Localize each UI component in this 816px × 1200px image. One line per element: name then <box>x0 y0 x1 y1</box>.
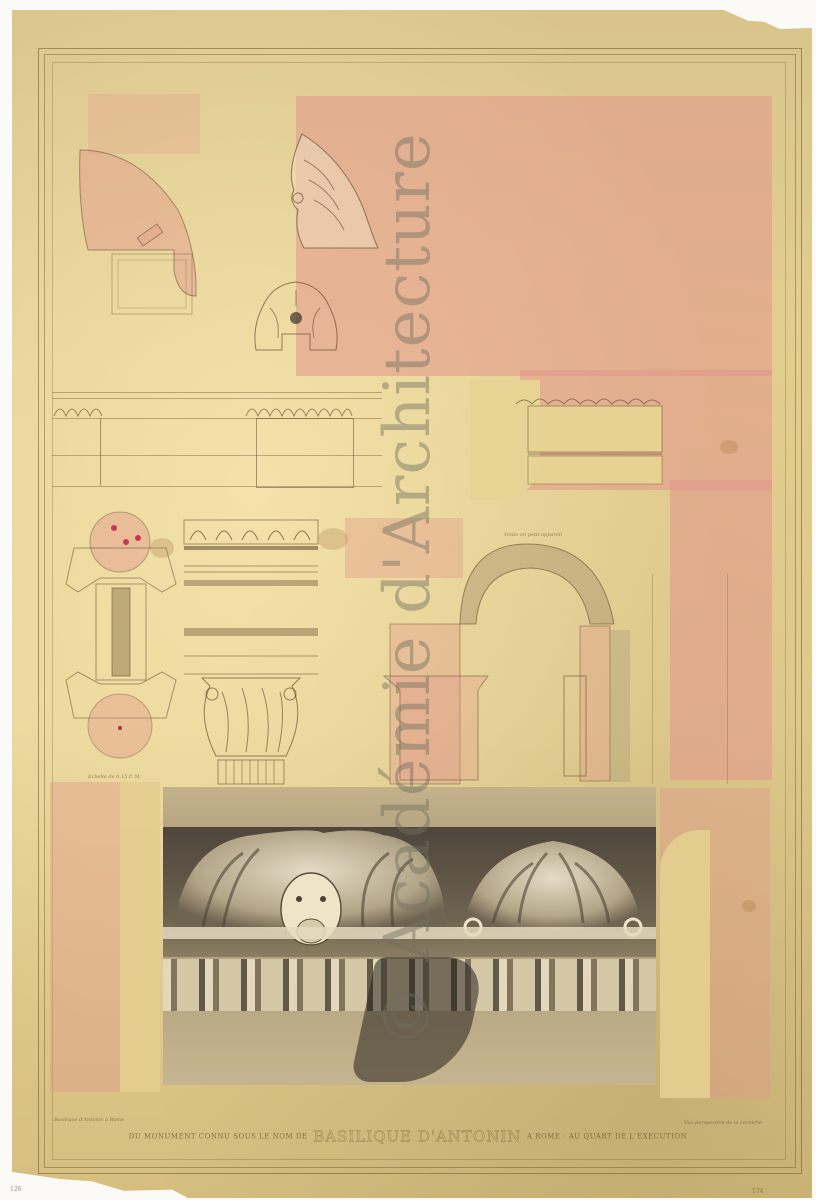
drawing-title: DU MONUMENT CONNU SOUS LE NOM DE BASILIQ… <box>0 1126 816 1146</box>
water-stain <box>318 528 348 550</box>
guide-line <box>100 418 102 486</box>
scale-note: Echelle de 0.15 P. M. <box>88 774 141 780</box>
title-suffix: A ROME · AU QUART DE L'EXECUTION <box>527 1133 687 1141</box>
water-stain <box>742 900 756 912</box>
wall-elevation-guides <box>652 574 728 784</box>
arch-elevation-drawing <box>380 540 630 785</box>
bottom-left-note: Basilique d'Antonin à Rome <box>54 1117 124 1123</box>
water-stain <box>150 538 174 558</box>
title-prefix: DU MONUMENT CONNU SOUS LE NOM DE <box>129 1133 308 1141</box>
arch-note: Voûte en petit appareil <box>504 532 562 538</box>
cornice-perspective-rendering <box>163 787 656 1085</box>
right-entablature-drawing <box>514 390 664 490</box>
cornice-profile-left <box>78 130 218 330</box>
entablature-line <box>52 392 382 393</box>
corner-number-right: 174 <box>752 1188 763 1195</box>
corner-number-left: 126 <box>10 1186 21 1193</box>
dentil-ornament-right <box>244 398 354 418</box>
lion-head-front-drawing <box>250 278 342 354</box>
left-pilaster-paper <box>120 782 160 1092</box>
right-pilaster-paper <box>660 830 710 1098</box>
frieze-block <box>256 418 354 488</box>
lion-head-profile-drawing <box>284 130 394 260</box>
dentil-ornament-left <box>52 398 112 418</box>
frieze-and-capital-drawing <box>182 516 322 788</box>
title-main: BASILIQUE D'ANTONIN <box>313 1128 521 1146</box>
palmette-and-lion-ornament <box>163 823 656 963</box>
water-stain <box>720 440 738 454</box>
